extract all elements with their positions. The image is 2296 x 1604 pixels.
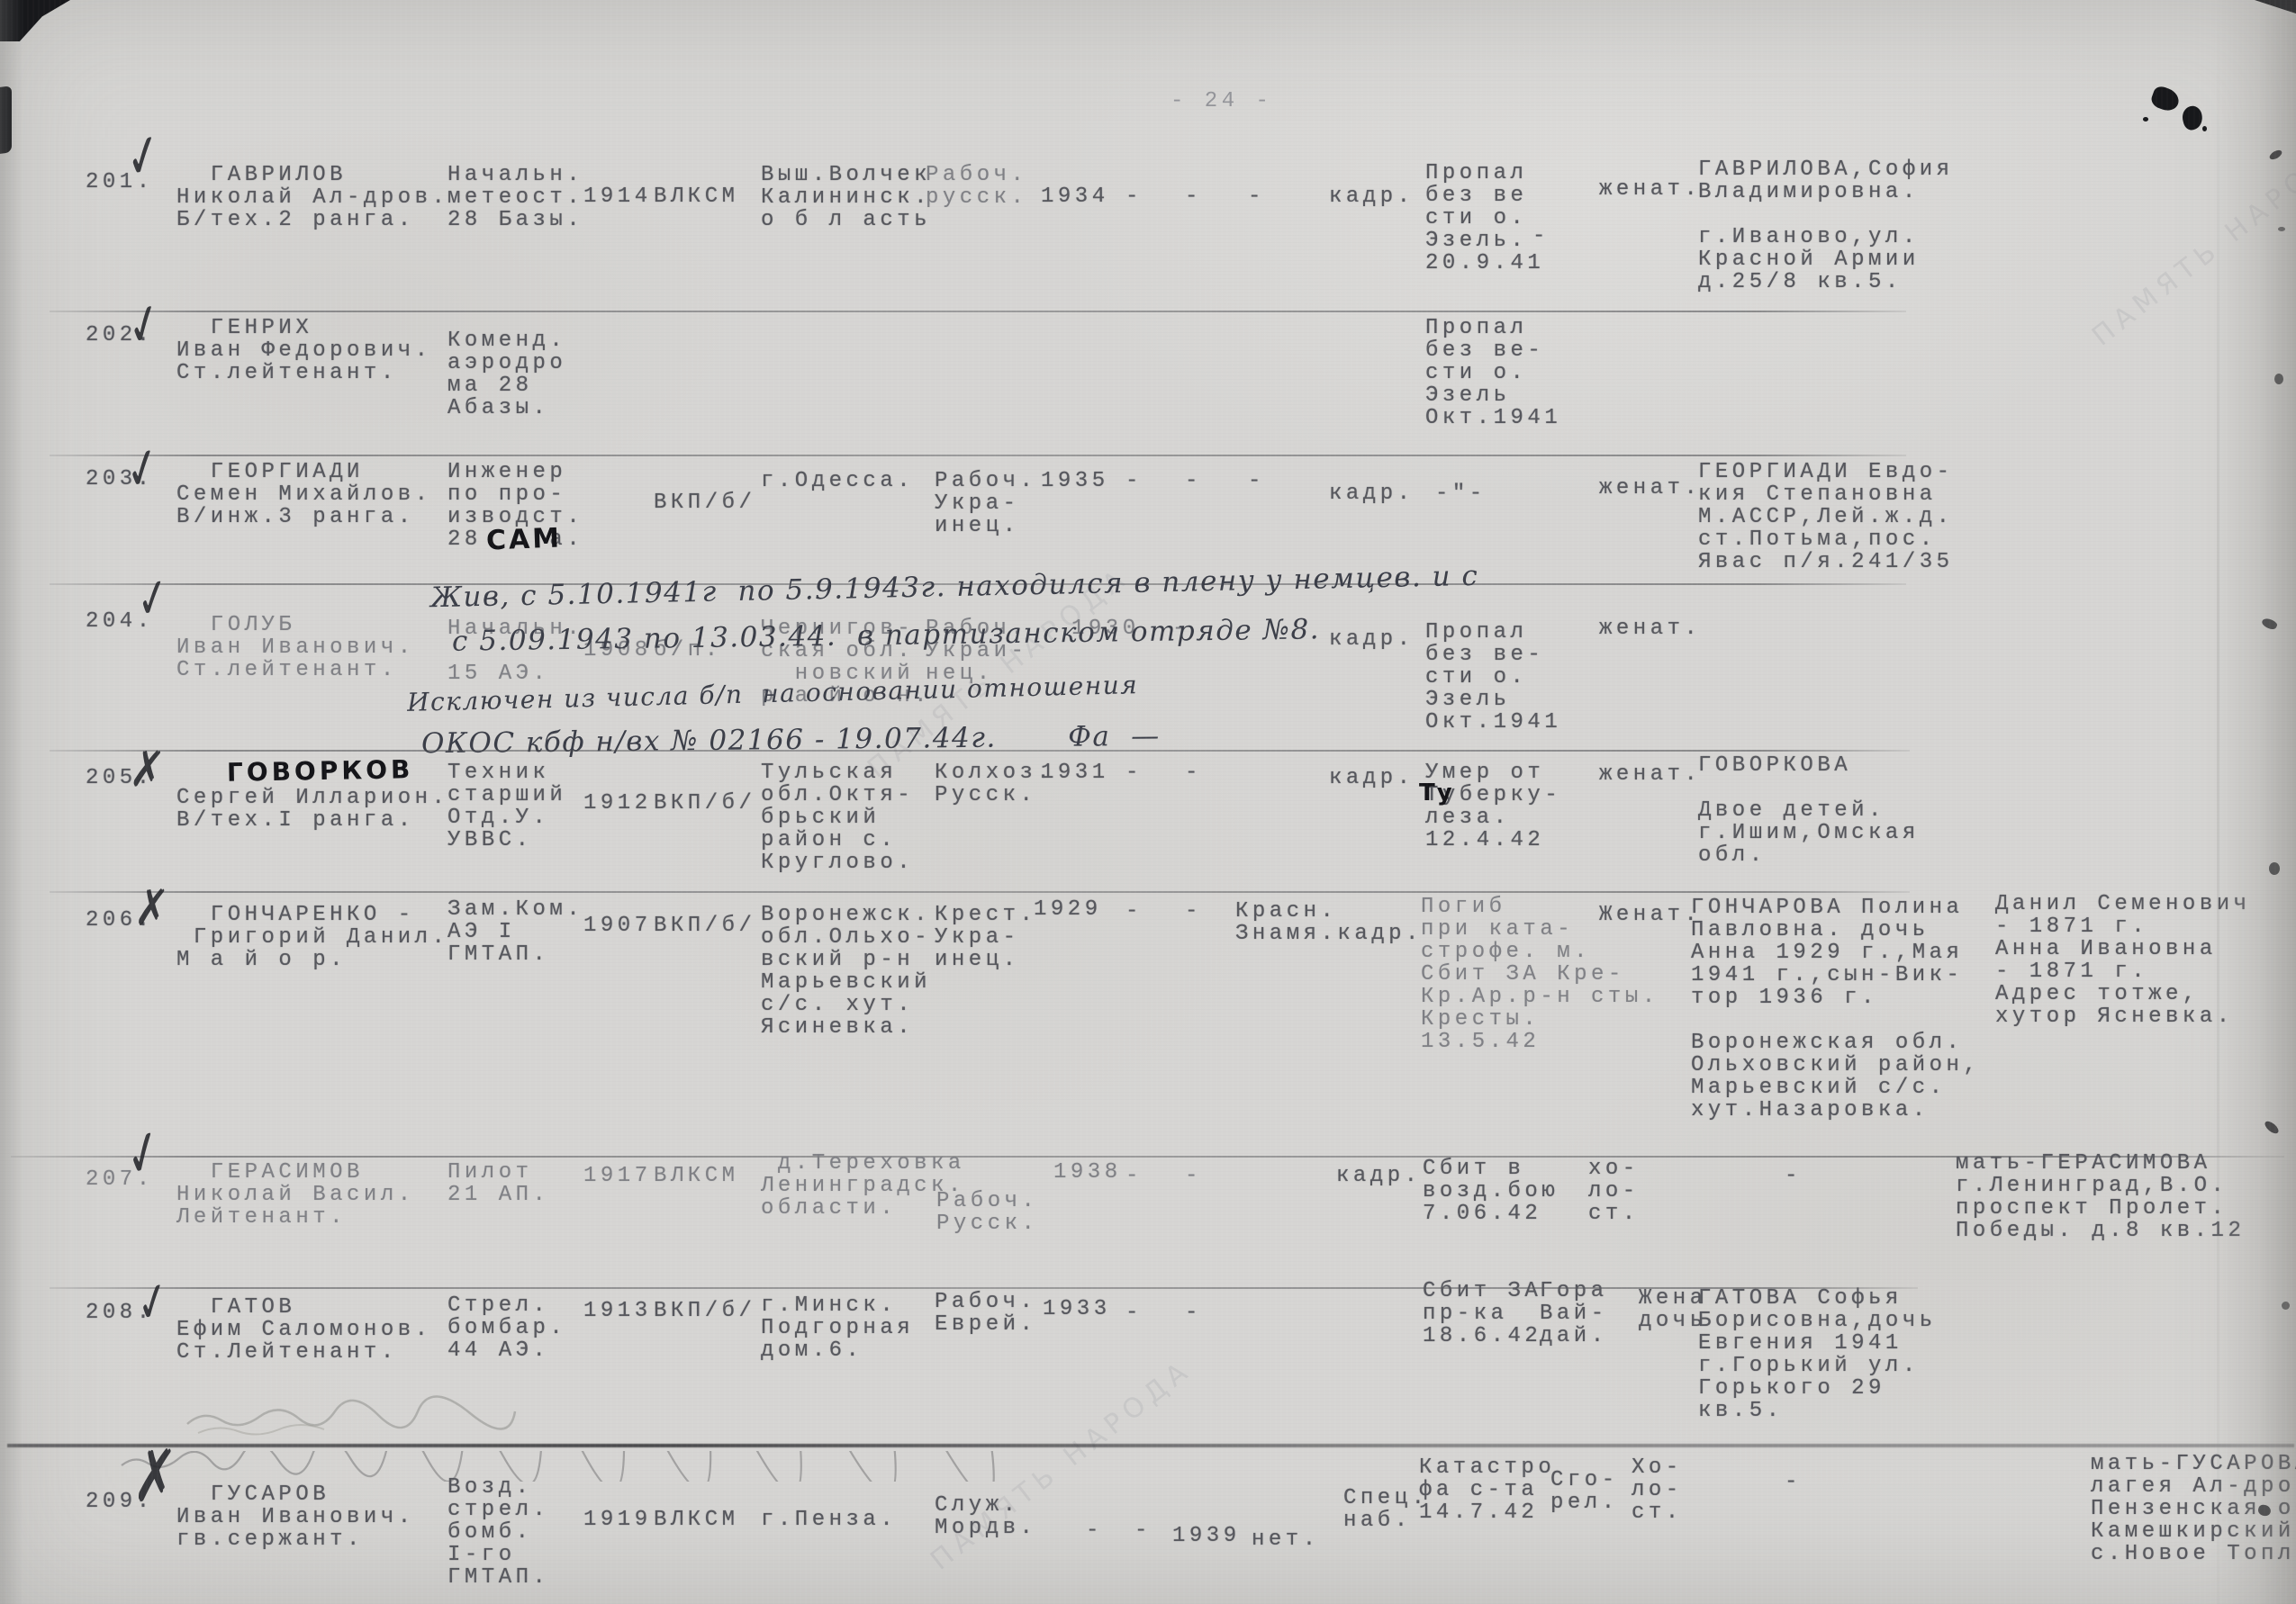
row-204-name: ГОЛУБ Иван Иванович. Ст.лейтенант. — [176, 614, 415, 681]
row-207-mother-address: мать-ГЕРАСИМОВА г.Ленинград,В.О. проспек… — [1956, 1152, 2245, 1242]
row-201-social: Рабоч. русск. — [926, 164, 1027, 209]
row-205-birthplace: Тульская обл.Октя- брьский район с. Круг… — [761, 761, 914, 874]
row-203-social: Рабоч. Укра- инец. — [935, 470, 1036, 537]
row-207-position: Пилот 21 АП. — [447, 1161, 549, 1206]
checkmark-icon: ✓ — [122, 289, 167, 363]
row-201-dash: - — [1185, 185, 1202, 208]
row-205-family: ГОВОРКОВА Двое детей. г.Ишим,Омская обл. — [1698, 754, 1920, 867]
row-201-name: ГАВРИЛОВ Николай Ал-дров. Б/тех.2 ранга. — [176, 164, 448, 231]
row-207-marital: хо- ло- ст. — [1588, 1158, 1640, 1225]
row-203-dash: - — [1248, 470, 1265, 492]
corner-tear-mark — [0, 0, 70, 41]
row-208-party: ВКП/б/ — [654, 1300, 755, 1322]
row-203-party: ВКП/б/ — [654, 491, 755, 514]
edge-speck — [2274, 374, 2283, 384]
x-mark-icon: ✗ — [131, 1433, 178, 1520]
row-203-marital: женат. — [1599, 477, 1701, 500]
edge-speck — [2263, 1119, 2281, 1135]
edge-speck — [2282, 1302, 2290, 1310]
row-206-position: Зам.Ком. АЭ I ГМТАП. — [447, 898, 583, 966]
row-205-fate: Умер от Туберку- леза. 12.4.42 — [1425, 761, 1561, 852]
edge-speck — [2261, 617, 2279, 631]
row-205-dash: - — [1125, 761, 1143, 784]
row-207-service-year: 1938 — [1053, 1161, 1122, 1184]
row-201-dash: - — [1125, 185, 1143, 208]
row-208-dash: - — [1185, 1302, 1202, 1324]
row-208-family: ГАТОВА Софья Борисовна,дочь Евгения 1941… — [1698, 1287, 1937, 1422]
row-209-service-year: 1939 — [1172, 1525, 1241, 1547]
row-206-dash: - — [1125, 900, 1143, 923]
row-209-birthplace: г.Пенза. — [761, 1509, 897, 1531]
row-201-category: кадр. — [1329, 185, 1415, 208]
row-209-award: нет. — [1252, 1528, 1320, 1551]
row-202-name: ГЕНРИХ Иван Федорович. Ст.лейтенант. — [176, 317, 432, 384]
row-209-category: Спец. наб. — [1343, 1487, 1429, 1532]
pencil-scribble — [117, 1451, 1252, 1482]
row-209-marital: Хо- ло- ст. — [1632, 1456, 1683, 1524]
scanned-register-page: ПАМЯТЬ НАРОДА ПАМЯТЬ НАРОДА ПАМЯТЬ НАРОД… — [0, 0, 2296, 1604]
row-207-social: Рабоч. Русск. — [936, 1190, 1038, 1235]
row-205-marital: женат. — [1599, 763, 1701, 786]
edge-speck — [2269, 862, 2280, 875]
row-divider — [50, 891, 1910, 893]
corner-tear-mark — [2255, 0, 2296, 14]
row-208-dash: - — [1125, 1302, 1143, 1324]
row-206-service-year: 1929 — [1034, 898, 1102, 921]
row-209-name: ГУСАРОВ Иван Иванович. гв.сержант. — [176, 1483, 415, 1551]
row-208-marital: Жена дочь — [1639, 1287, 1707, 1332]
row-209-detail: Сго- рел. — [1550, 1469, 1619, 1514]
row-208-birth-year: 1913 — [583, 1300, 652, 1322]
row-203-category: кадр. — [1329, 482, 1415, 505]
row-206-category: Красн. Знамя.кадр. — [1235, 900, 1423, 945]
row-204-marital: женат. — [1599, 617, 1701, 640]
row-203-birthplace: г.Одесса. — [761, 470, 914, 492]
row-201-birth-year: 1914 — [583, 185, 652, 208]
row-203-name: ГЕОРГИАДИ Семен Михайлов. В/инж.3 ранга. — [176, 461, 432, 528]
row-205-name: Сергей Илларион. В/тех.I ранга. — [176, 787, 448, 832]
row-202-fate: Пропал без ве- сти о. Эзель Окт.1941 — [1425, 317, 1561, 429]
watermark-text: ПАМЯТЬ НАРОДА — [2086, 130, 2296, 353]
row-209-position: Возд. стрел. бомб. I-го ГМТАП. — [447, 1476, 549, 1589]
row-206-social: Крест. Укра- инец. — [935, 904, 1036, 971]
ink-surname: ГОВОРКОВ — [227, 754, 414, 788]
row-208-social: Рабоч. Еврей. — [935, 1291, 1036, 1336]
row-207-party: ВЛКСМ — [654, 1165, 739, 1187]
row-209-dash: - — [1785, 1471, 1802, 1493]
speck — [2143, 117, 2148, 122]
row-209-social: Служ. Мордв. — [935, 1494, 1036, 1539]
handwritten-note: ОКОС кбф н/вх № 02166 - 19.07.44г. Фа — — [421, 720, 1161, 761]
row-205-position: Техник старший Отд.У. УВВС. — [447, 761, 566, 852]
ink-overwrite: САМ — [485, 523, 562, 557]
edge-speck — [2268, 149, 2283, 161]
row-207-dash: - — [1785, 1165, 1802, 1187]
handwritten-note: Жив, с 5.10.1941г по 5.9.1943г. находилс… — [430, 560, 1479, 614]
row-207-name: ГЕРАСИМОВ Николай Васил. Лейтенант. — [176, 1161, 415, 1229]
row-205-service-year: 1931 — [1041, 761, 1109, 784]
row-207-birth-year: 1917 — [583, 1165, 652, 1187]
row-206-family: ГОНЧАРОВА Полина Павловна. дочь Анна 192… — [1691, 897, 1980, 1122]
edge-mark — [0, 86, 12, 154]
row-207-fate: Сбит в возд.бою 7.06.42 — [1423, 1158, 1559, 1225]
row-204-fate: Пропал без ве- сти о. Эзель Окт.1941 — [1425, 621, 1561, 734]
edge-speck — [2278, 227, 2285, 231]
row-203-ditto: -"- — [1435, 482, 1487, 505]
row-206-name: ГОНЧАРЕНКО - Григорий Данил. М а й о р. — [176, 904, 448, 971]
pencil-scribble — [180, 1395, 612, 1440]
row-205-category: кадр. — [1329, 767, 1415, 789]
ink-blot — [2180, 104, 2205, 132]
row-205-social: Колхоз. Русск. — [935, 761, 1053, 807]
row-208-fate: Сбит ЗА пр-ка 18.6.42 — [1423, 1280, 1541, 1347]
row-207-birthplace: д.Тереховка Ленинградск. области. — [761, 1152, 965, 1220]
row-205-dash: - — [1185, 761, 1202, 784]
row-205-birth-year: 1912 — [583, 792, 652, 815]
ink-overwrite: Ту — [1419, 779, 1454, 807]
row-201-birthplace: Выш.Волчек Калининск. о б л асть — [761, 164, 931, 231]
row-203-dash: - — [1185, 470, 1202, 492]
row-207-dash: - — [1185, 1165, 1202, 1187]
row-208-name: ГАТОВ Ефим Саломонов. Ст.Лейтенант. — [176, 1296, 432, 1364]
row-201-position: Начальн. метеост. 28 Базы. — [447, 164, 583, 231]
row-206-dash: - — [1185, 900, 1202, 923]
speck — [2202, 126, 2207, 131]
row-divider — [50, 311, 1906, 312]
row-206-party: ВКП/б/ — [654, 915, 755, 937]
row-209-party: ВЛКСМ — [654, 1509, 739, 1531]
row-divider — [50, 750, 1910, 752]
row-209-fate: Катастро фа с-та 14.7.42 — [1419, 1456, 1555, 1524]
row-206-marital: Женат. — [1599, 904, 1701, 926]
ink-blot — [2149, 85, 2182, 114]
row-208-position: Стрел. бомбар. 44 АЭ. — [447, 1294, 566, 1362]
row-divider — [50, 455, 1906, 456]
row-208-service-year: 1933 — [1043, 1298, 1111, 1320]
row-divider-smudged — [7, 1444, 2294, 1447]
row-208-location: Гора Вай- дай. — [1540, 1280, 1608, 1347]
row-202-position: Коменд. аэродро ма 28 Абазы. — [447, 329, 566, 419]
x-mark-icon: ✗ — [128, 739, 167, 802]
row-201-marital: женат. — [1599, 178, 1701, 201]
row-201-dash: - — [1248, 185, 1265, 208]
row-201-fate: Пропал без ве сти о. Эзель. 20.9.41 — [1425, 162, 1544, 275]
row-205-party: ВКП/б/ — [654, 792, 755, 815]
row-divider — [11, 1156, 2284, 1158]
page-left-edge-shading — [0, 0, 23, 1604]
row-206-parents: Данил Семенович - 1871 г. Анна Ивановна … — [1995, 893, 2251, 1028]
checkmark-icon: ✓ — [133, 563, 172, 633]
row-208-birthplace: г.Минск. Подгорная дом.6. — [761, 1294, 914, 1362]
row-201-service-year: 1934 — [1041, 185, 1109, 208]
row-209-dash: - — [1086, 1519, 1103, 1542]
row-204-category: кадр. — [1329, 628, 1415, 651]
row-209-dash: - — [1134, 1519, 1152, 1542]
row-207-category: кадр. — [1336, 1165, 1422, 1187]
row-201-family: ГАВРИЛОВА,София Владимировна. г.Иваново,… — [1698, 158, 1954, 293]
checkmark-icon: ✓ — [132, 1267, 173, 1338]
row-203-family: ГЕОРГИАДИ Евдо- кия Степановна М.АССР,Ле… — [1698, 461, 1954, 573]
row-207-dash: - — [1125, 1165, 1143, 1187]
row-206-birthplace: Воронежск. обл.Ольхо- вский р-н Марьевск… — [761, 904, 931, 1039]
row-201-dash: - — [1532, 225, 1550, 248]
row-divider — [50, 1287, 1918, 1289]
row-209-birth-year: 1919 — [583, 1509, 652, 1531]
row-203-dash: - — [1125, 470, 1143, 492]
page-number: - 24 - — [1171, 90, 1272, 113]
row-206-birth-year: 1907 — [583, 915, 652, 937]
row-201-party: ВЛКСМ — [654, 185, 739, 208]
checkmark-icon: ✓ — [122, 433, 164, 506]
row-203-service-year: 1935 — [1041, 470, 1109, 492]
x-mark-icon: ✗ — [133, 878, 170, 940]
